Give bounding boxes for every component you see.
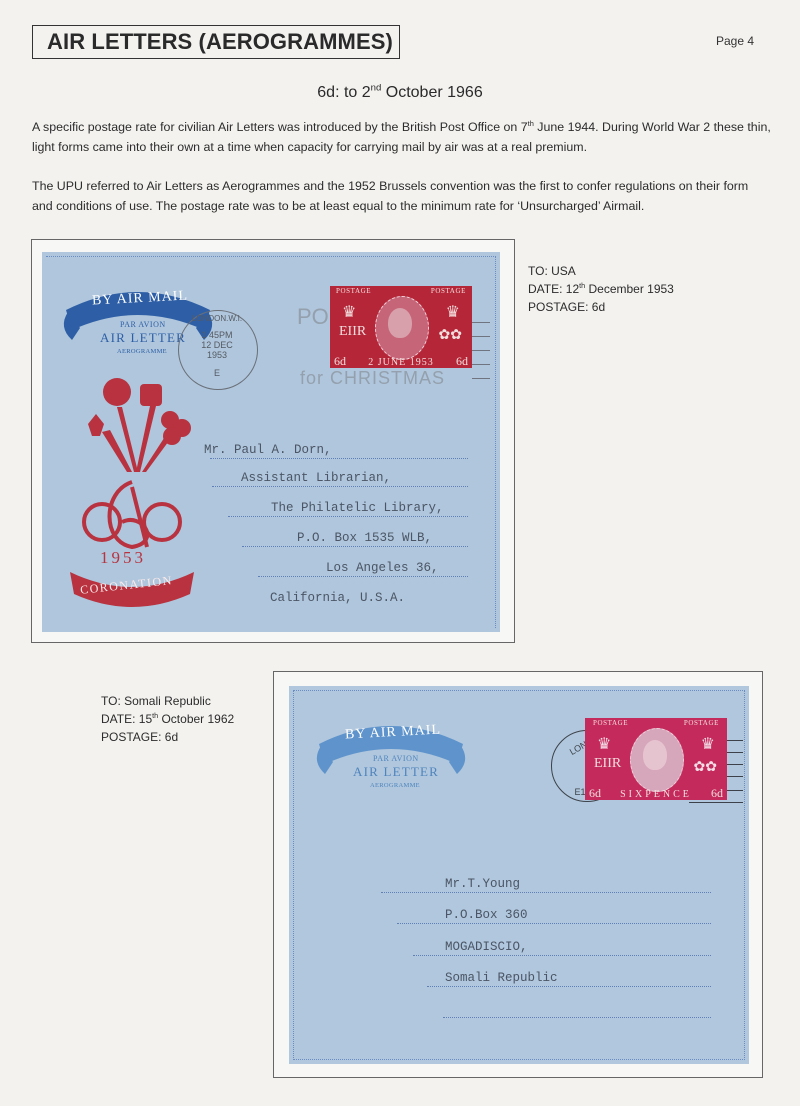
stamp-label-right: POSTAGE [431, 287, 466, 295]
caption-date-prefix: DATE: 15 [101, 712, 152, 726]
stamp-date: 2 JUNE 1953 [330, 357, 472, 368]
para1-before: A specific postage rate for civilian Air… [32, 120, 528, 134]
address-line [210, 458, 468, 459]
address-line [242, 546, 468, 547]
postmark-year: 1953 [190, 350, 244, 360]
cancel-line [689, 802, 743, 803]
coronation-emblem [62, 372, 202, 612]
caption-postage: POSTAGE: 6d [528, 298, 674, 316]
stamp-label-right: POSTAGE [684, 719, 719, 727]
address-line [397, 923, 711, 924]
address-line-6: California, U.S.A. [270, 591, 405, 605]
caption-date-suffix: October 1962 [158, 712, 234, 726]
emblem-year: 1953 [100, 548, 146, 568]
queen-portrait-icon [388, 308, 412, 338]
coronation-stamp-6d: POSTAGE POSTAGE ♛ ♛ EIIR ✿✿ 6d 2 JUNE 19… [330, 286, 472, 368]
subtitle-sup: nd [371, 83, 382, 94]
stamp-value-right: 6d [456, 354, 468, 369]
address-line [443, 1017, 711, 1018]
upu-paragraph: The UPU referred to Air Letters as Aerog… [32, 176, 772, 216]
caption-letter-2: TO: Somali Republic DATE: 15th October 1… [101, 692, 234, 746]
address-line-2: Assistant Librarian, [241, 471, 391, 485]
address-line-4: P.O. Box 1535 WLB, [297, 531, 432, 545]
cancel-line [472, 364, 490, 365]
page-title: AIR LETTERS (AEROGRAMMES) [47, 29, 393, 55]
stamp-label-left: POSTAGE [593, 719, 628, 727]
address-line [413, 955, 711, 956]
caption-destination: TO: USA [528, 262, 674, 280]
postmark-town: LONDON.W.I. [182, 314, 252, 324]
par-avion-label: PAR AVION [120, 320, 166, 329]
perforation-left [293, 690, 294, 1060]
intro-paragraph: A specific postage rate for civilian Air… [32, 117, 772, 157]
perforation-top [46, 256, 496, 257]
address-line [228, 516, 468, 517]
stamp-monogram: EIIR [594, 756, 621, 772]
address-line-1: Mr. Paul A. Dorn, [204, 443, 332, 457]
crown-icon-right: ♛ [446, 302, 460, 322]
address-line [212, 486, 468, 487]
address-line-3: The Philatelic Library, [271, 501, 444, 515]
aerogramme-label: AEROGRAMME [370, 782, 420, 789]
air-letter-label: AIR LETTER [353, 764, 439, 780]
slogan-cancel-bottom: for CHRISTMAS [300, 368, 445, 389]
address-line [427, 986, 711, 987]
caption-date-prefix: DATE: 12 [528, 282, 579, 296]
caption-destination: TO: Somali Republic [101, 692, 234, 710]
caption-date-suffix: December 1953 [585, 282, 674, 296]
address-line [258, 576, 468, 577]
air-letter-label: AIR LETTER [100, 330, 186, 346]
address-line-4: Somali Republic [445, 971, 558, 985]
air-letter-1953: BY AIR MAIL PAR AVION AIR LETTER AEROGRA… [42, 252, 500, 632]
air-letter-1962: BY AIR MAIL PAR AVION AIR LETTER AEROGRA… [289, 686, 749, 1064]
page-title-box: AIR LETTERS (AEROGRAMMES) [32, 25, 400, 59]
postmark-code: E [190, 368, 244, 378]
aerogramme-label: AEROGRAMME [117, 348, 167, 355]
cancel-line [472, 350, 490, 351]
page-number: Page 4 [716, 34, 754, 48]
address-line [381, 892, 711, 893]
subtitle-prefix: 6d: to 2 [317, 84, 370, 101]
par-avion-label: PAR AVION [373, 754, 419, 763]
wilding-stamp-sixpence: POSTAGE POSTAGE ♛ ♛ EIIR ✿✿ 6d SIXPENCE … [585, 718, 727, 800]
crown-icon-left: ♛ [597, 734, 611, 754]
stamp-denomination: SIXPENCE [585, 789, 727, 800]
cancel-line [472, 378, 490, 379]
slogan-cancel-top: PO [297, 304, 329, 330]
caption-letter-1: TO: USA DATE: 12th December 1953 POSTAGE… [528, 262, 674, 316]
perforation-right [744, 690, 745, 1060]
address-line-1: Mr.T.Young [445, 877, 520, 891]
postmark-date: 12 DEC [190, 340, 244, 350]
perforation-right [495, 256, 496, 628]
caption-date: DATE: 12th December 1953 [528, 280, 674, 298]
queen-portrait-icon [643, 740, 667, 770]
floral-emblem-icon: ✿✿ [694, 758, 717, 775]
perforation-bottom [293, 1059, 745, 1060]
address-line-2: P.O.Box 360 [445, 908, 528, 922]
postmark-time: 1 45PM [190, 330, 244, 340]
perforation-top [293, 690, 745, 691]
stamp-label-left: POSTAGE [336, 287, 371, 295]
caption-postage: POSTAGE: 6d [101, 728, 234, 746]
cancel-line [472, 322, 490, 323]
caption-date: DATE: 15th October 1962 [101, 710, 234, 728]
stamp-monogram: EIIR [339, 324, 366, 340]
cancel-line [472, 336, 490, 337]
crown-icon-right: ♛ [701, 734, 715, 754]
section-subtitle: 6d: to 2nd October 1966 [0, 84, 800, 102]
address-line-5: Los Angeles 36, [326, 561, 439, 575]
crown-icon-left: ♛ [342, 302, 356, 322]
subtitle-suffix: October 1966 [381, 84, 482, 101]
stamp-value-right: 6d [711, 786, 723, 801]
address-line-3: MOGADISCIO, [445, 940, 528, 954]
floral-emblem-icon: ✿✿ [439, 326, 462, 343]
